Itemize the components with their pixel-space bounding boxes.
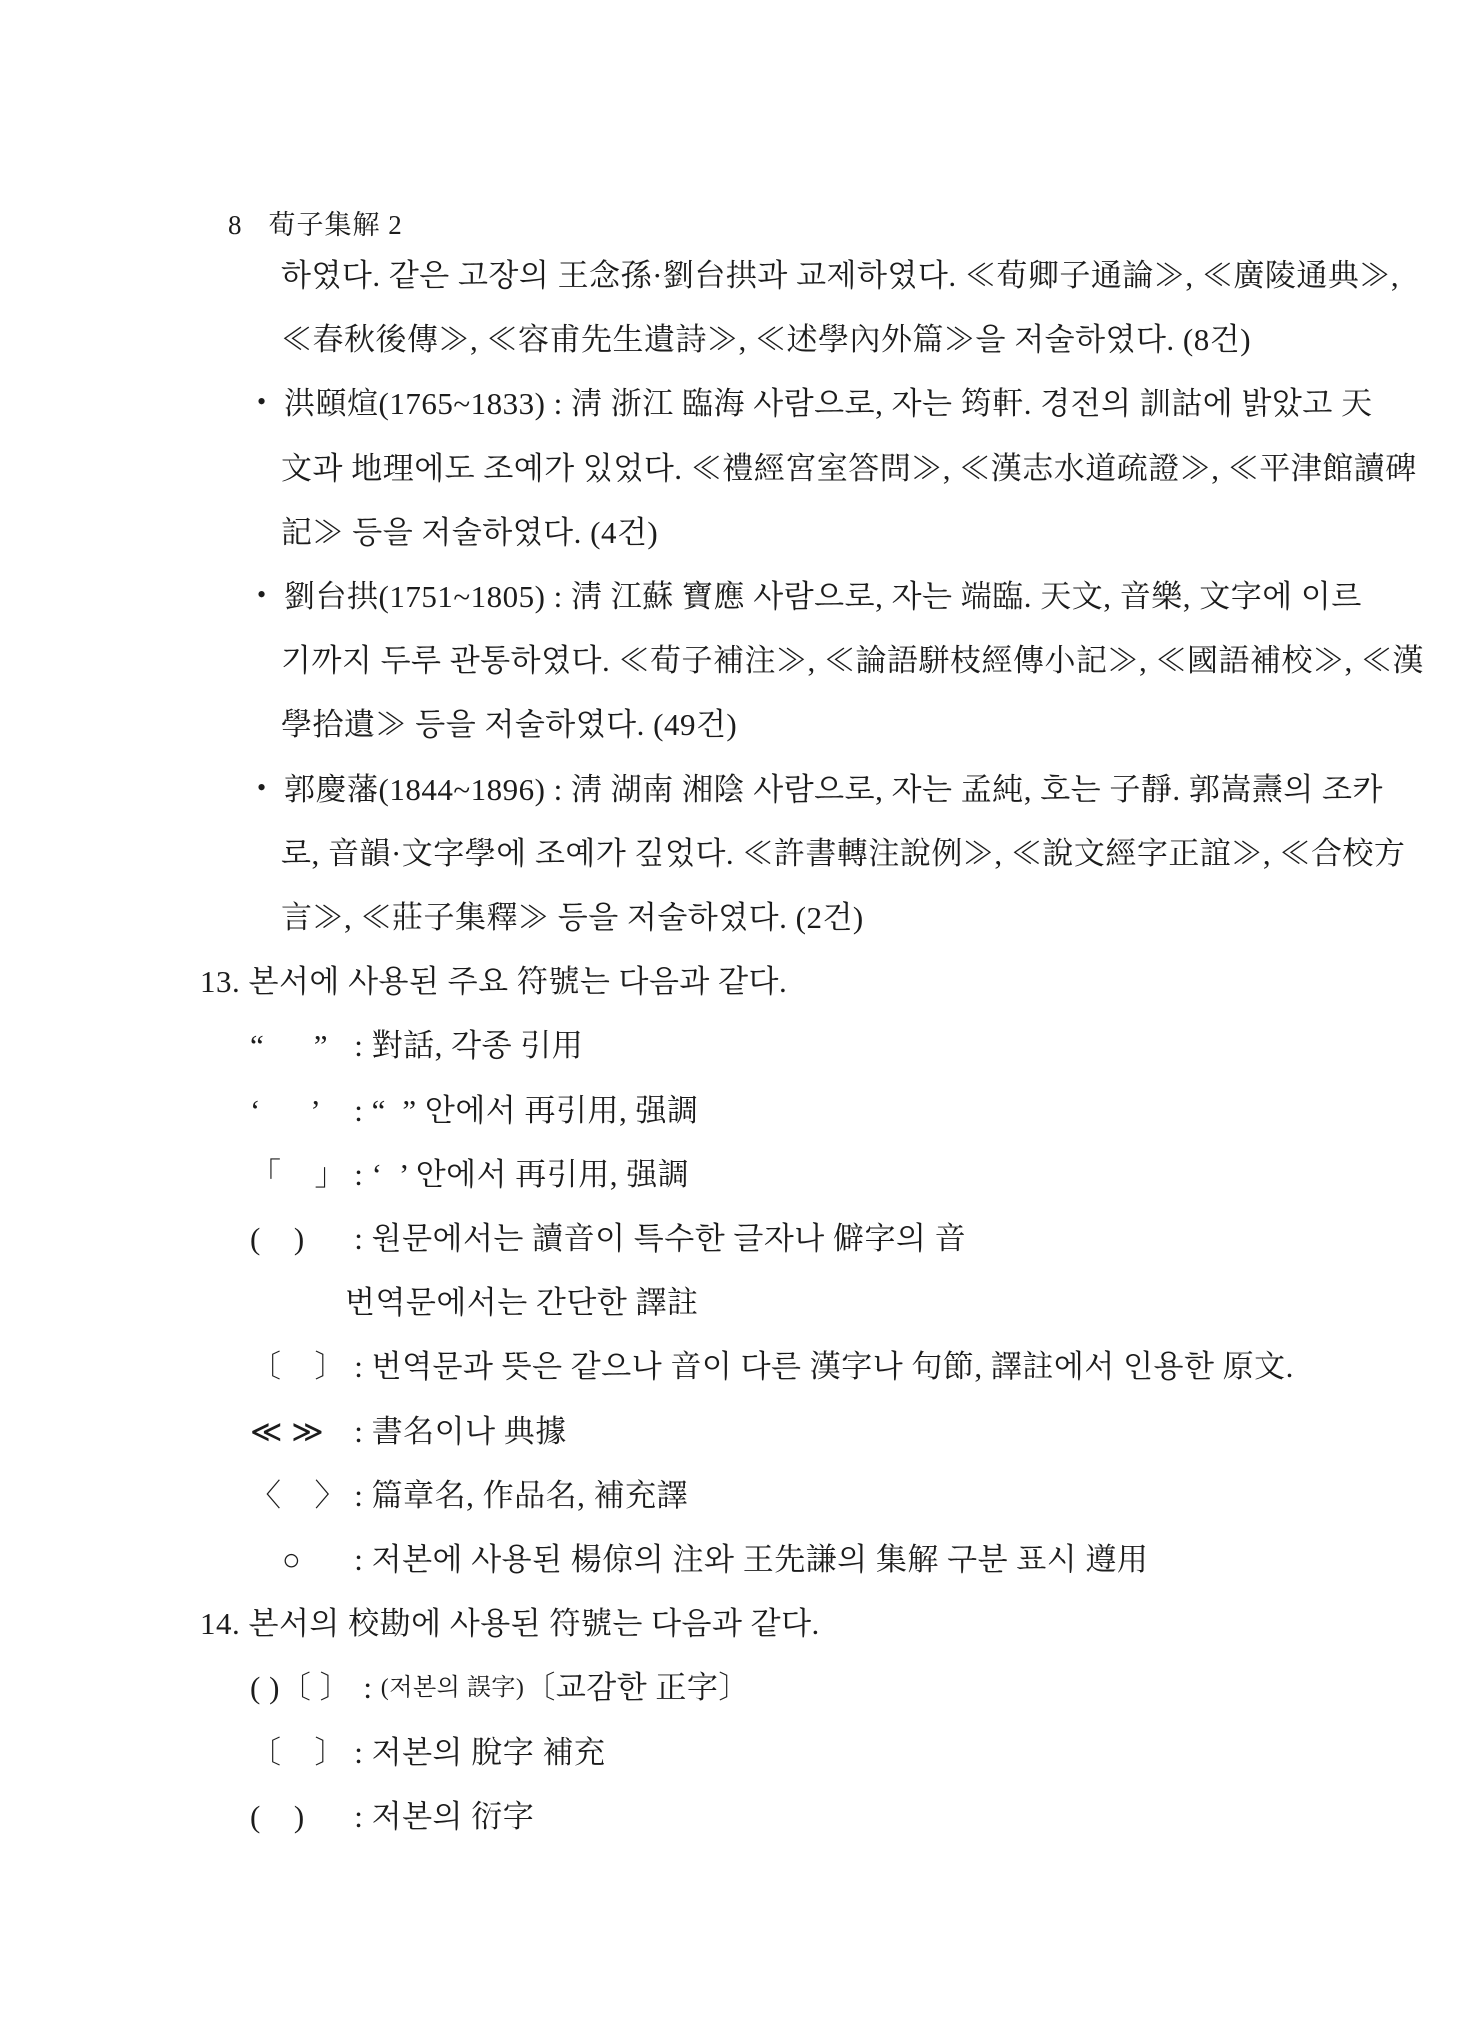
paragraph-line: 言≫, ≪莊子集釋≫ 등을 저술하였다. (2건) xyxy=(281,886,1350,950)
symbol-legend-line: 〔 〕 : 번역문과 뜻은 같으나 音이 다른 漢字나 句節, 譯註에서 인용한… xyxy=(250,1335,1350,1399)
document-page: 8荀子集解 2 하였다. 같은 고장의 王念孫·劉台拱과 교제하였다. ≪荀卿子… xyxy=(0,0,1480,2024)
legend-description: 저본에 사용된 楊倞의 注와 王先謙의 集解 구분 표시 遵用 xyxy=(372,1528,1149,1592)
symbol-legend-line: 〈 〉 : 篇章名, 作品名, 補充譯 xyxy=(250,1464,1350,1528)
legend-symbol: ( ) xyxy=(250,1785,346,1849)
bullet-line: 劉台拱(1751~1805) : 淸 江蘇 寶應 사람으로, 자는 端臨. 天文… xyxy=(284,565,1350,629)
legend-description: 〔교감한 正字〕 xyxy=(524,1656,750,1720)
legend-description: 저본의 脫字 補充 xyxy=(372,1721,606,1785)
symbol-legend-line: 〔 〕 : 저본의 脫字 補充 xyxy=(250,1721,1350,1785)
legend-separator: : xyxy=(346,1143,372,1207)
symbol-legend-line: ( )〔 〕 : (저본의 誤字)〔교감한 正字〕 xyxy=(250,1656,1350,1720)
indented-note-line: 번역문에서는 간단한 譯註 xyxy=(345,1271,1350,1335)
legend-symbol: ( ) xyxy=(250,1207,346,1271)
legend-symbol: ( )〔 〕 xyxy=(250,1656,355,1720)
numbered-heading: 13. 본서에 사용된 주요 符號는 다음과 같다. xyxy=(200,950,1350,1014)
bullet-line: 郭慶藩(1844~1896) : 淸 湖南 湘陰 사람으로, 자는 孟純, 호는… xyxy=(284,758,1350,822)
symbol-legend-line: 「 」 : ‘ ’ 안에서 再引用, 强調 xyxy=(250,1143,1350,1207)
paragraph-line: 하였다. 같은 고장의 王念孫·劉台拱과 교제하였다. ≪荀卿子通論≫, ≪廣陵… xyxy=(281,244,1350,308)
paragraph-line: 記≫ 등을 저술하였다. (4건) xyxy=(281,501,1350,565)
legend-symbol: 〔 〕 xyxy=(250,1335,346,1399)
paragraph-line: 로, 音韻·文字學에 조예가 깊었다. ≪許書轉注說例≫, ≪說文經字正誼≫, … xyxy=(281,822,1350,886)
book-title: 荀子集解 2 xyxy=(269,210,403,240)
legend-description: 對話, 각종 引用 xyxy=(372,1014,584,1078)
legend-description: ‘ ’ 안에서 再引用, 强調 xyxy=(372,1143,690,1207)
legend-description: 번역문과 뜻은 같으나 音이 다른 漢字나 句節, 譯註에서 인용한 原文. xyxy=(372,1335,1294,1399)
legend-small-note: (저본의 誤字) xyxy=(381,1656,525,1720)
legend-separator: : xyxy=(346,1528,372,1592)
legend-description: 저본의 衍字 xyxy=(372,1785,535,1849)
legend-symbol: ‘ ’ xyxy=(250,1079,346,1143)
legend-symbol: 〈 〉 xyxy=(250,1464,346,1528)
legend-separator: : xyxy=(346,1400,372,1464)
legend-separator: : xyxy=(346,1014,372,1078)
legend-separator: : xyxy=(346,1335,372,1399)
legend-description: 원문에서는 讀音이 특수한 글자나 僻字의 音 xyxy=(372,1207,967,1271)
symbol-legend-line: ≪ ≫ : 書名이나 典據 xyxy=(250,1400,1350,1464)
legend-symbol: 「 」 xyxy=(250,1143,346,1207)
legend-separator: : xyxy=(346,1207,372,1271)
legend-symbol: 〔 〕 xyxy=(250,1721,346,1785)
legend-description: 篇章名, 作品名, 補充譯 xyxy=(372,1464,689,1528)
legend-separator: : xyxy=(346,1721,372,1785)
legend-symbol: ○ xyxy=(282,1528,346,1592)
paragraph-line: 기까지 두루 관통하였다. ≪荀子補注≫, ≪論語駢枝經傳小記≫, ≪國語補校≫… xyxy=(281,629,1350,693)
symbol-legend-line: “ ” : 對話, 각종 引用 xyxy=(250,1014,1350,1078)
legend-symbol: ≪ ≫ xyxy=(250,1400,346,1464)
numbered-heading: 14. 본서의 校勘에 사용된 符號는 다음과 같다. xyxy=(200,1592,1350,1656)
page-number: 8 xyxy=(228,210,243,240)
symbol-legend-line: ( ) : 저본의 衍字 xyxy=(250,1785,1350,1849)
symbol-legend-line: ○ : 저본에 사용된 楊倞의 注와 王先謙의 集解 구분 표시 遵用 xyxy=(282,1528,1350,1592)
bullet-line: 洪頤煊(1765~1833) : 淸 浙江 臨海 사람으로, 자는 筠軒. 경전… xyxy=(284,372,1350,436)
paragraph-line: 學拾遺≫ 등을 저술하였다. (49건) xyxy=(281,693,1350,757)
document-body: 하였다. 같은 고장의 王念孫·劉台拱과 교제하였다. ≪荀卿子通論≫, ≪廣陵… xyxy=(200,244,1350,1849)
legend-symbol: “ ” xyxy=(250,1014,346,1078)
legend-description: “ ” 안에서 再引用, 强調 xyxy=(372,1079,699,1143)
legend-separator: : xyxy=(346,1464,372,1528)
legend-description: 書名이나 典據 xyxy=(372,1400,567,1464)
symbol-legend-line: ( ) : 원문에서는 讀音이 특수한 글자나 僻字의 音 xyxy=(250,1207,1350,1271)
paragraph-line: 文과 地理에도 조예가 있었다. ≪禮經宮室答問≫, ≪漢志水道疏證≫, ≪平津… xyxy=(281,437,1350,501)
legend-separator: : xyxy=(346,1785,372,1849)
legend-separator: : xyxy=(346,1079,372,1143)
paragraph-line: ≪春秋後傳≫, ≪容甫先生遺詩≫, ≪述學內外篇≫을 저술하였다. (8건) xyxy=(281,308,1350,372)
symbol-legend-line: ‘ ’ : “ ” 안에서 再引用, 强調 xyxy=(250,1079,1350,1143)
legend-separator: : xyxy=(355,1656,381,1720)
